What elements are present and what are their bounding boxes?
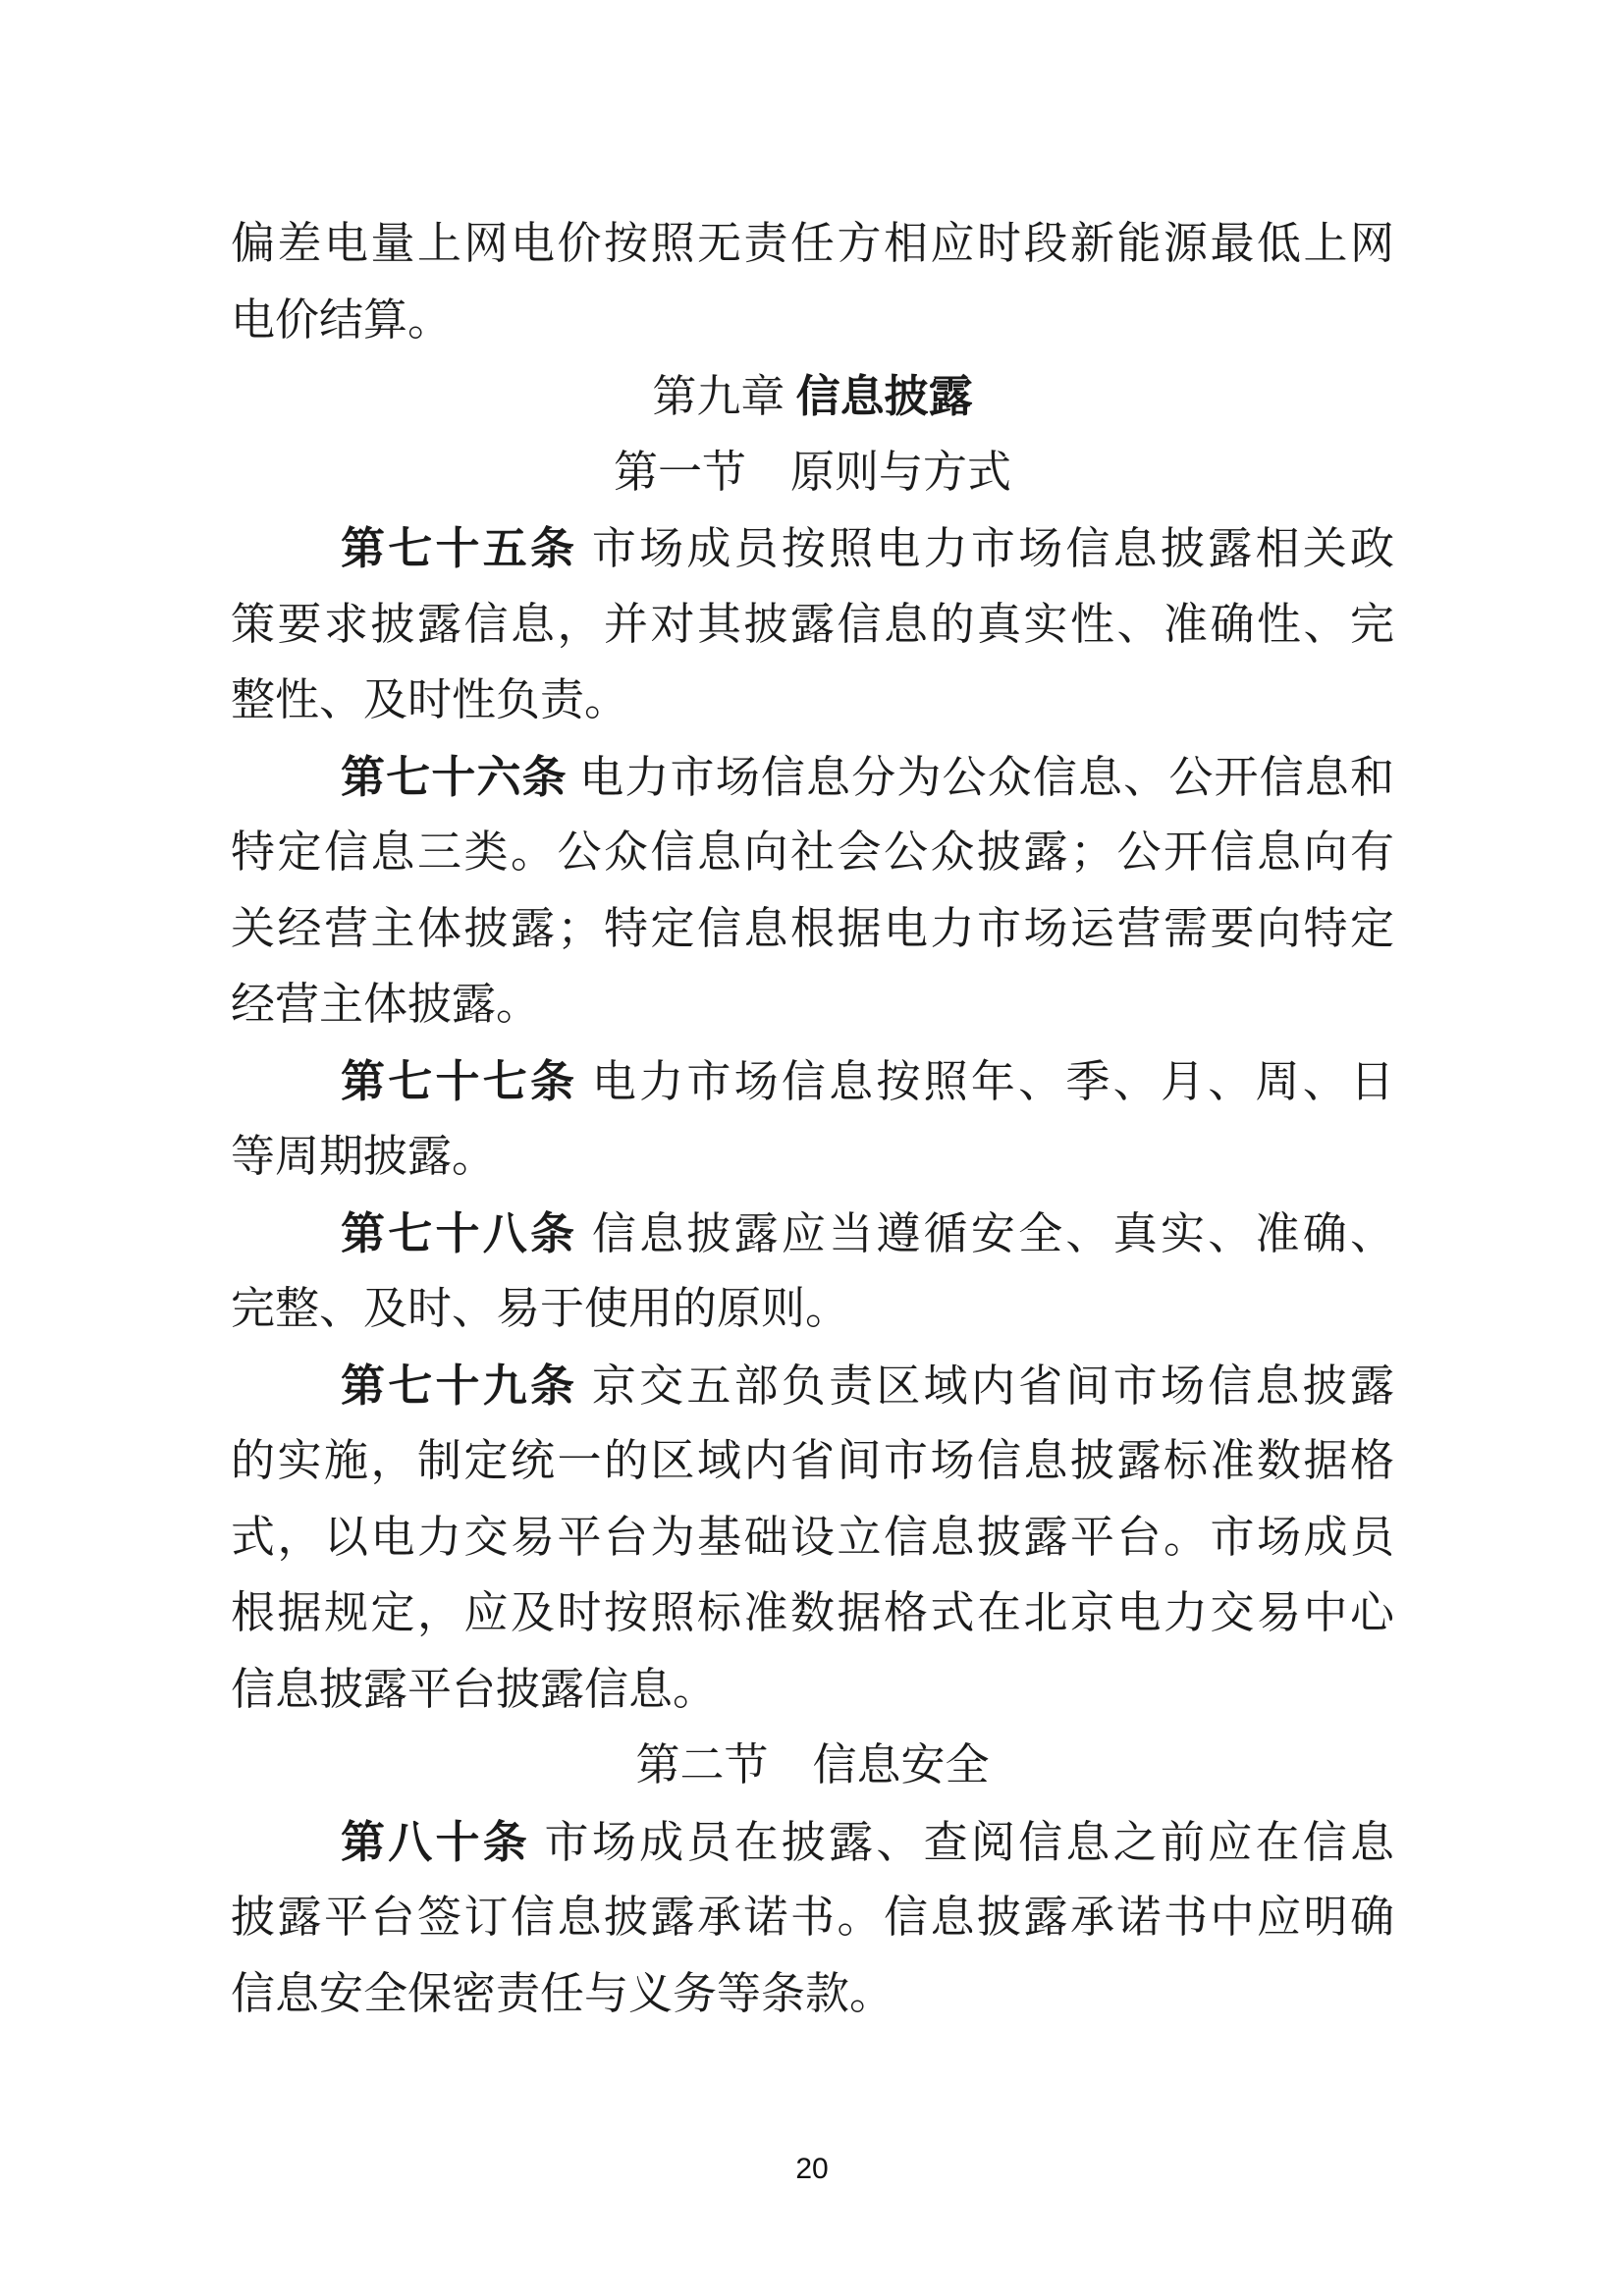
text-run: 整性、及时性负责。	[231, 675, 628, 724]
text-line: 特定信息三类。公众信息向社会公众披露；公开信息向有	[231, 815, 1394, 891]
text-line: 关经营主体披露；特定信息根据电力市场运营需要向特定	[231, 891, 1394, 968]
text-run: 经营主体披露。	[231, 980, 540, 1029]
bold-text-run: 第七十五条	[341, 523, 577, 573]
section-heading: 第一节 原则与方式	[231, 435, 1394, 511]
text-run: 京交五部负责区域内省间市场信息披露	[577, 1362, 1394, 1411]
text-line: 第七十九条 京交五部负责区域内省间市场信息披露	[231, 1348, 1394, 1424]
text-run: 策要求披露信息，并对其披露信息的真实性、准确性、完	[231, 600, 1394, 649]
text-line: 根据规定，应及时按照标准数据格式在北京电力交易中心	[231, 1575, 1394, 1652]
text-run: 电价结算。	[231, 295, 452, 345]
text-run: 信息安全保密责任与义务等条款。	[231, 1969, 893, 2018]
bold-text-run: 第七十七条	[341, 1056, 577, 1106]
text-line: 等周期披露。	[231, 1119, 1394, 1196]
text-line: 信息披露平台披露信息。	[231, 1652, 1394, 1729]
text-line: 第七十七条 电力市场信息按照年、季、月、周、日	[231, 1043, 1394, 1120]
bold-text-run: 第七十八条	[341, 1208, 577, 1258]
text-line: 第七十八条 信息披露应当遵循安全、真实、准确、	[231, 1196, 1394, 1272]
text-run: 信息披露平台披露信息。	[231, 1665, 717, 1714]
text-run: 市场成员按照电力市场信息披露相关政	[577, 524, 1394, 573]
bold-text-run: 第七十九条	[341, 1361, 577, 1411]
text-run: 式，以电力交易平台为基础设立信息披露平台。市场成员	[231, 1513, 1394, 1562]
page-number: 20	[0, 2152, 1624, 2187]
text-run: 偏差电量上网电价按照无责任方相应时段新能源最低上网	[231, 219, 1394, 268]
section-heading: 第二节 信息安全	[231, 1728, 1394, 1804]
text-run: 第二节 信息安全	[635, 1740, 989, 1789]
document-lines: 偏差电量上网电价按照无责任方相应时段新能源最低上网电价结算。第九章 信息披露第一…	[231, 206, 1394, 2032]
text-run: 等周期披露。	[231, 1132, 496, 1181]
text-run: 第九章	[652, 372, 795, 421]
text-run: 信息披露应当遵循安全、真实、准确、	[577, 1209, 1394, 1258]
text-line: 整性、及时性负责。	[231, 663, 1394, 739]
bold-text-run: 第七十六条	[341, 752, 568, 802]
text-line: 偏差电量上网电价按照无责任方相应时段新能源最低上网	[231, 206, 1394, 283]
text-line: 第七十五条 市场成员按照电力市场信息披露相关政	[231, 510, 1394, 587]
text-line: 电价结算。	[231, 283, 1394, 359]
text-run: 披露平台签订信息披露承诺书。信息披露承诺书中应明确	[231, 1893, 1394, 1942]
text-line: 式，以电力交易平台为基础设立信息披露平台。市场成员	[231, 1500, 1394, 1576]
text-line: 披露平台签订信息披露承诺书。信息披露承诺书中应明确	[231, 1880, 1394, 1956]
text-run: 电力市场信息分为公众信息、公开信息和	[568, 753, 1394, 802]
bold-text-run: 信息披露	[796, 371, 973, 421]
text-run: 第一节 原则与方式	[614, 448, 1011, 497]
text-line: 完整、及时、易于使用的原则。	[231, 1271, 1394, 1348]
chapter-heading: 第九章 信息披露	[231, 358, 1394, 435]
text-line: 第七十六条 电力市场信息分为公众信息、公开信息和	[231, 739, 1394, 816]
text-run: 关经营主体披露；特定信息根据电力市场运营需要向特定	[231, 904, 1394, 953]
text-run: 的实施，制定统一的区域内省间市场信息披露标准数据格	[231, 1436, 1394, 1485]
text-run: 完整、及时、易于使用的原则。	[231, 1284, 849, 1333]
text-run: 根据规定，应及时按照标准数据格式在北京电力交易中心	[231, 1588, 1394, 1637]
text-line: 第八十条 市场成员在披露、查阅信息之前应在信息	[231, 1804, 1394, 1881]
text-line: 策要求披露信息，并对其披露信息的真实性、准确性、完	[231, 587, 1394, 664]
text-run: 电力市场信息按照年、季、月、周、日	[577, 1057, 1394, 1106]
text-line: 的实施，制定统一的区域内省间市场信息披露标准数据格	[231, 1423, 1394, 1500]
text-run: 特定信息三类。公众信息向社会公众披露；公开信息向有	[231, 828, 1394, 877]
bold-text-run: 第八十条	[341, 1817, 530, 1867]
text-line: 经营主体披露。	[231, 967, 1394, 1043]
text-run: 市场成员在披露、查阅信息之前应在信息	[530, 1818, 1394, 1867]
text-line: 信息安全保密责任与义务等条款。	[231, 1956, 1394, 2033]
document-page: 偏差电量上网电价按照无责任方相应时段新能源最低上网电价结算。第九章 信息披露第一…	[0, 0, 1624, 2296]
